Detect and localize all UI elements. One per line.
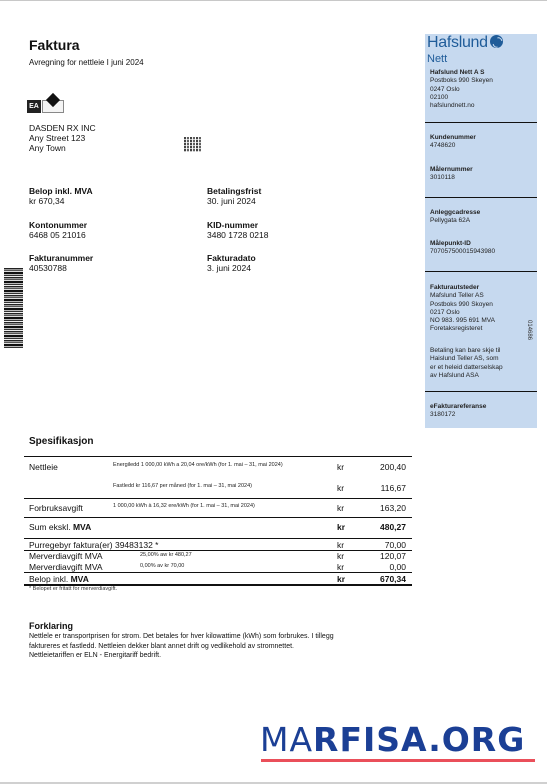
divider [24,517,412,518]
recipient-name: DASDEN RX INC [29,123,96,133]
divider [425,122,537,123]
kid-number: KID-nummer 3480 1728 0218 [207,220,268,240]
company-info: Hafslund Nett A S Postboks 990 Skeyen 02… [430,69,493,110]
vertical-reference-code: 014686 [526,320,532,340]
hafslund-logo-icon [490,35,503,48]
divider [24,572,412,573]
divider [425,197,537,198]
envelope-icon [42,100,64,113]
barcode-icon [4,268,23,348]
recipient-street: Any Street 123 [29,133,96,143]
invoice-date: Fakturadato 3. juni 2024 [207,253,256,273]
divider [24,456,412,457]
recipient-town: Any Town [29,143,96,153]
explanation-text: Nettlele er transportprisen for strom. D… [29,632,389,661]
footnote: * Belopet er fritatt for merverdiavgift. [29,586,117,592]
explanation-title: Forklaring [29,621,73,631]
watermark-logo: MARFISA.ORG [260,720,525,759]
divider [425,271,537,272]
payment-note: Betaling kan bare skje til Haislund Tell… [430,347,503,380]
watermark-underline [261,759,535,762]
brand-logo: Hafslund [427,34,503,52]
invoice-number: Fakturanummer 40530788 [29,253,93,273]
efaktura-reference: eFakturareferanse 3180172 [430,403,486,420]
recipient-address: DASDEN RX INC Any Street 123 Any Town [29,123,96,153]
brand-subtitle: Nett [427,53,447,65]
ea-mail-logo: EA [27,96,67,114]
page-title: Faktura [29,37,80,53]
ea-badge-icon: EA [27,100,41,113]
due-date: Betalingsfrist 30. juni 2024 [207,186,261,206]
top-border [0,0,547,1]
sidebar: Hafslund Nett Hafslund Nett A S Postboks… [425,34,537,428]
facility-address: Anleggcadresse Pellygata 62A [430,209,480,226]
divider [24,498,412,499]
invoice-issuer: Fakturautsteder Mafslund Teller AS Postb… [430,284,495,334]
account-number: Kontonummer 6468 05 21016 [29,220,87,240]
customer-number: Kundenummer 4748620 [430,134,476,151]
metering-point-id: Målepunkt-ID 707057500015943980 [430,240,495,257]
page-subtitle: Avregning for nettleie I juni 2024 [29,58,144,67]
datamatrix-code-icon [184,137,201,152]
divider [24,538,412,539]
amount-due: Belop inkl. MVA kr 670,34 [29,186,93,206]
specification-title: Spesifikasjon [29,436,93,447]
divider [425,391,537,392]
meter-number: Målernummer 3010118 [430,166,473,183]
